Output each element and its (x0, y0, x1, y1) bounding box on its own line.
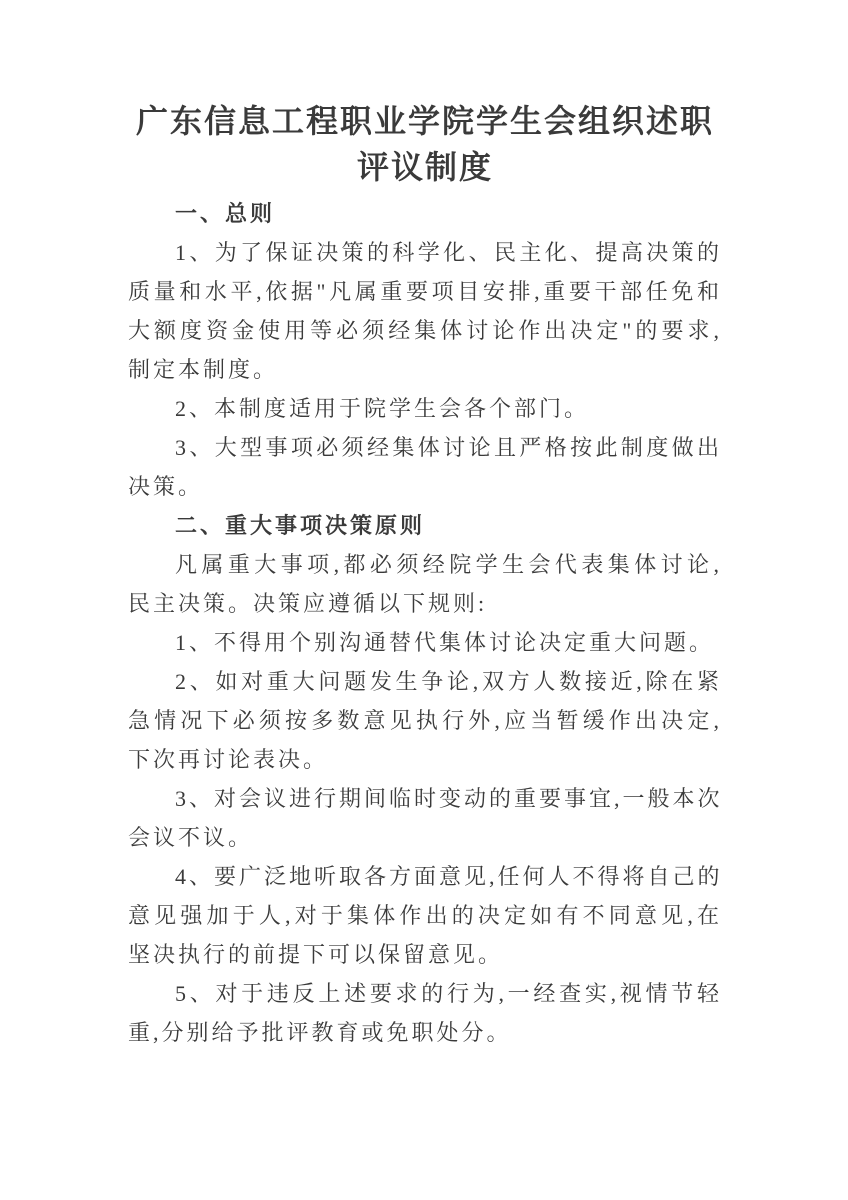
paragraph-line: 民主决策。决策应遵循以下规则: (128, 584, 722, 623)
paragraph-line: 意见强加于人,对于集体作出的决定如有不同意见,在 (128, 896, 722, 935)
paragraph: 4、要广泛地听取各方面意见,任何人不得将自己的意见强加于人,对于集体作出的决定如… (128, 857, 722, 974)
paragraph-line: 二、重大事项决策原则 (128, 506, 722, 545)
paragraph: 3、对会议进行期间临时变动的重要事宜,一般本次会议不议。 (128, 779, 722, 857)
document-page: 广东信息工程职业学院学生会组织述职 评议制度 一、总则1、为了保证决策的科学化、… (0, 0, 848, 1200)
paragraph-line: 1、不得用个别沟通替代集体讨论决定重大问题。 (128, 623, 722, 662)
document-body: 一、总则1、为了保证决策的科学化、民主化、提高决策的质量和水平,依据"凡属重要项… (128, 194, 722, 1052)
paragraph-line: 2、如对重大问题发生争论,双方人数接近,除在紧 (128, 662, 722, 701)
section-heading: 二、重大事项决策原则 (128, 506, 722, 545)
paragraph-line: 大额度资金使用等必须经集体讨论作出决定"的要求, (128, 311, 722, 350)
paragraph-line: 重,分别给予批评教育或免职处分。 (128, 1013, 722, 1052)
paragraph-line: 2、本制度适用于院学生会各个部门。 (128, 389, 722, 428)
paragraph: 凡属重大事项,都必须经院学生会代表集体讨论,民主决策。决策应遵循以下规则: (128, 545, 722, 623)
paragraph-line: 1、为了保证决策的科学化、民主化、提高决策的 (128, 233, 722, 272)
section-heading: 一、总则 (128, 194, 722, 233)
paragraph-line: 凡属重大事项,都必须经院学生会代表集体讨论, (128, 545, 722, 584)
paragraph-line: 一、总则 (128, 194, 722, 233)
paragraph-line: 会议不议。 (128, 818, 722, 857)
paragraph-line: 5、对于违反上述要求的行为,一经查实,视情节轻 (128, 974, 722, 1013)
document-title-line-1: 广东信息工程职业学院学生会组织述职 (128, 98, 722, 144)
document-title: 广东信息工程职业学院学生会组织述职 评议制度 (128, 98, 722, 190)
paragraph-line: 4、要广泛地听取各方面意见,任何人不得将自己的 (128, 857, 722, 896)
paragraph: 1、为了保证决策的科学化、民主化、提高决策的质量和水平,依据"凡属重要项目安排,… (128, 233, 722, 389)
paragraph-line: 决策。 (128, 467, 722, 506)
paragraph: 5、对于违反上述要求的行为,一经查实,视情节轻重,分别给予批评教育或免职处分。 (128, 974, 722, 1052)
paragraph-line: 质量和水平,依据"凡属重要项目安排,重要干部任免和 (128, 272, 722, 311)
paragraph: 2、本制度适用于院学生会各个部门。 (128, 389, 722, 428)
paragraph-line: 3、对会议进行期间临时变动的重要事宜,一般本次 (128, 779, 722, 818)
paragraph: 2、如对重大问题发生争论,双方人数接近,除在紧急情况下必须按多数意见执行外,应当… (128, 662, 722, 779)
paragraph-line: 制定本制度。 (128, 350, 722, 389)
paragraph-line: 下次再讨论表决。 (128, 740, 722, 779)
document-title-line-2: 评议制度 (128, 144, 722, 190)
paragraph-line: 3、大型事项必须经集体讨论且严格按此制度做出 (128, 428, 722, 467)
paragraph: 3、大型事项必须经集体讨论且严格按此制度做出决策。 (128, 428, 722, 506)
paragraph: 1、不得用个别沟通替代集体讨论决定重大问题。 (128, 623, 722, 662)
paragraph-line: 坚决执行的前提下可以保留意见。 (128, 935, 722, 974)
paragraph-line: 急情况下必须按多数意见执行外,应当暂缓作出决定, (128, 701, 722, 740)
